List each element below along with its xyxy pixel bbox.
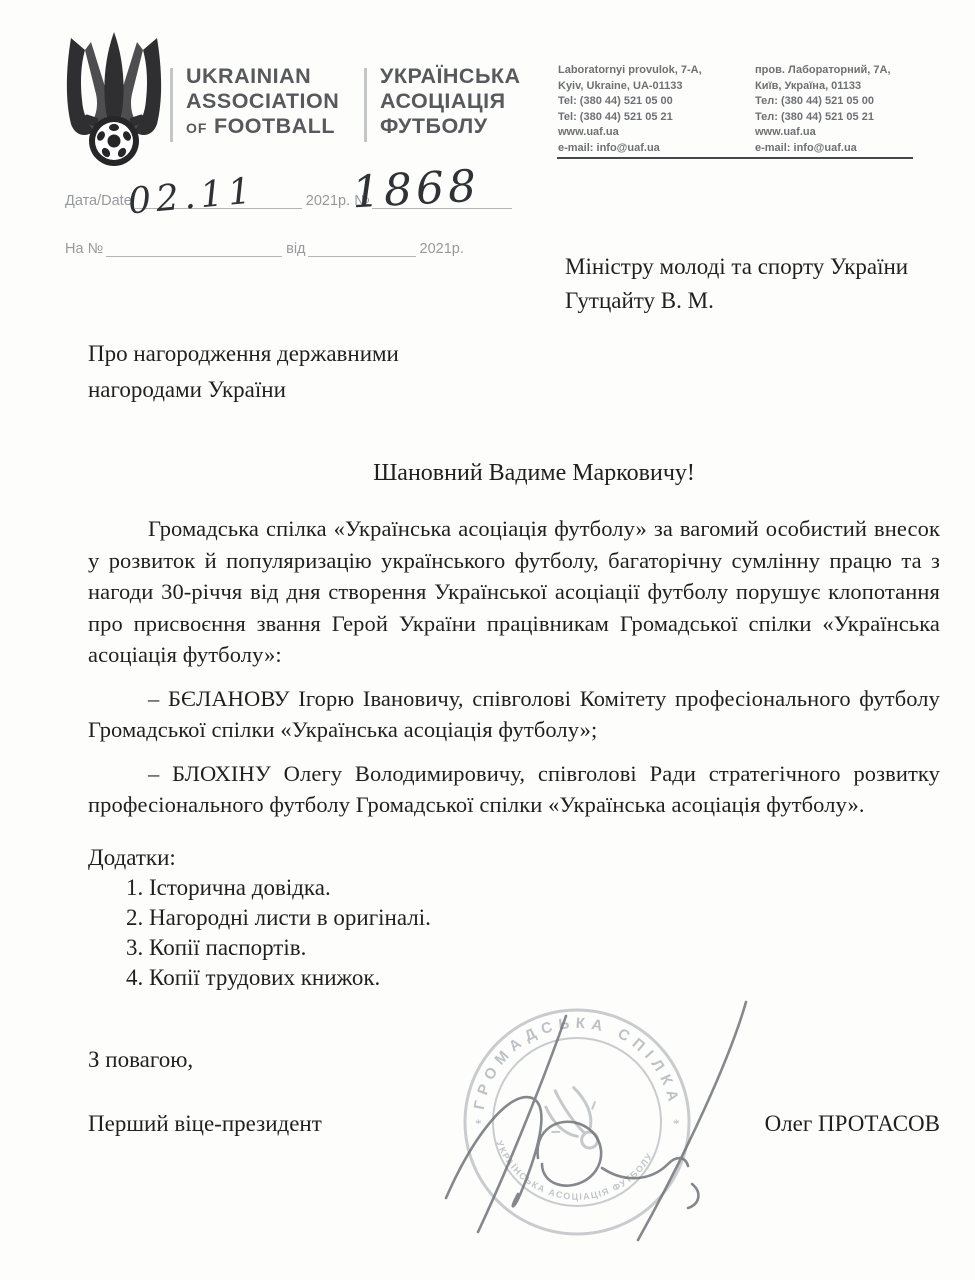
org-name-english: UKRAINIAN ASSOCIATION OF FOOTBALL <box>186 64 339 141</box>
attachments-block: Додатки: 1. Історична довідка. 2. Нагоро… <box>88 843 940 993</box>
org-ua-line3: ФУТБОЛУ <box>380 114 521 139</box>
attachment-item: 1. Історична довідка. <box>126 873 940 903</box>
org-en-line1: UKRAINIAN <box>186 64 339 89</box>
attachment-item: 2. Нагородні листи в оригіналі. <box>126 903 940 933</box>
org-ua-line1: УКРАЇНСЬКА <box>380 64 521 89</box>
attachments-title: Додатки: <box>88 843 940 873</box>
reference-incoming-row: На № від 2021р. <box>65 240 466 257</box>
org-en-line2: ASSOCIATION <box>186 89 339 114</box>
org-en-football: FOOTBALL <box>214 114 335 138</box>
contact-en-address1: Laboratornyi provulok, 7-A, <box>558 63 702 79</box>
date-label: Дата/Date <box>65 193 135 209</box>
contact-en-tel2: Tel: (380 44) 521 05 21 <box>558 110 702 126</box>
from-line <box>308 240 416 257</box>
header-divider-left <box>170 68 173 142</box>
org-en-line3: OF FOOTBALL <box>186 114 339 141</box>
subject-line2: нагородами України <box>88 372 399 408</box>
body-paragraph-1: Громадська спілка «Українська асоціація … <box>88 513 940 671</box>
contact-en-email: e-mail: info@uaf.ua <box>558 141 702 157</box>
org-en-of: OF <box>186 120 207 136</box>
handwritten-number: 1868 <box>351 161 481 219</box>
contact-ua-address2: Київ, Україна, 01133 <box>755 79 891 95</box>
recipient-line2: Гутцайту В. М. <box>565 284 908 318</box>
handwritten-date: 02.11 <box>126 170 257 222</box>
incoming-line <box>106 240 282 257</box>
contact-en-tel1: Tel: (380 44) 521 05 00 <box>558 94 702 110</box>
body-paragraph-blokhin: – БЛОХІНУ Олегу Володимировичу, співголо… <box>88 758 940 821</box>
contact-block-english: Laboratornyi provulok, 7-A, Kyiv, Ukrain… <box>558 63 702 156</box>
contact-ua-address1: пров. Лабораторний, 7А, <box>755 63 891 79</box>
subject-line1: Про нагородження державними <box>88 336 399 372</box>
recipient-line1: Міністру молоді та спорту України <box>565 250 908 284</box>
contact-ua-email: e-mail: info@uaf.ua <box>755 141 891 157</box>
contact-ua-website: www.uaf.ua <box>755 125 891 141</box>
org-ua-line2: АСОЦІАЦІЯ <box>380 89 521 114</box>
letter-page: UKRAINIAN ASSOCIATION OF FOOTBALL УКРАЇН… <box>0 0 975 1280</box>
uaf-trident-logo <box>58 28 170 170</box>
signer-name: Олег ПРОТАСОВ <box>765 1111 940 1137</box>
subject-block: Про нагородження державними нагородами У… <box>88 336 399 408</box>
salutation: Шановний Вадиме Марковичу! <box>88 460 940 487</box>
body-paragraph-belanov: – БЄЛАНОВУ Ігорю Івановичу, співголові К… <box>88 683 940 746</box>
contact-block-ukrainian: пров. Лабораторний, 7А, Київ, Україна, 0… <box>755 63 891 156</box>
contact-ua-tel1: Тел: (380 44) 521 05 00 <box>755 94 891 110</box>
header-divider-right <box>364 68 367 142</box>
contact-en-website: www.uaf.ua <box>558 125 702 141</box>
incoming-label: На № <box>65 241 106 257</box>
header-rule <box>557 157 913 159</box>
attachment-item: 3. Копії паспортів. <box>126 933 940 963</box>
org-name-ukrainian: УКРАЇНСЬКА АСОЦІАЦІЯ ФУТБОЛУ <box>380 64 521 139</box>
contact-ua-tel2: Тел: (380 44) 521 05 21 <box>755 110 891 126</box>
from-label: від <box>282 241 307 257</box>
incoming-year-label: 2021р. <box>416 241 466 257</box>
recipient-block: Міністру молоді та спорту України Гутцай… <box>565 250 908 318</box>
football-icon <box>89 116 139 166</box>
signer-title: Перший віце-президент <box>88 1111 322 1137</box>
contact-en-address2: Kyiv, Ukraine, UA-01133 <box>558 79 702 95</box>
signature-scrawl <box>430 988 790 1254</box>
